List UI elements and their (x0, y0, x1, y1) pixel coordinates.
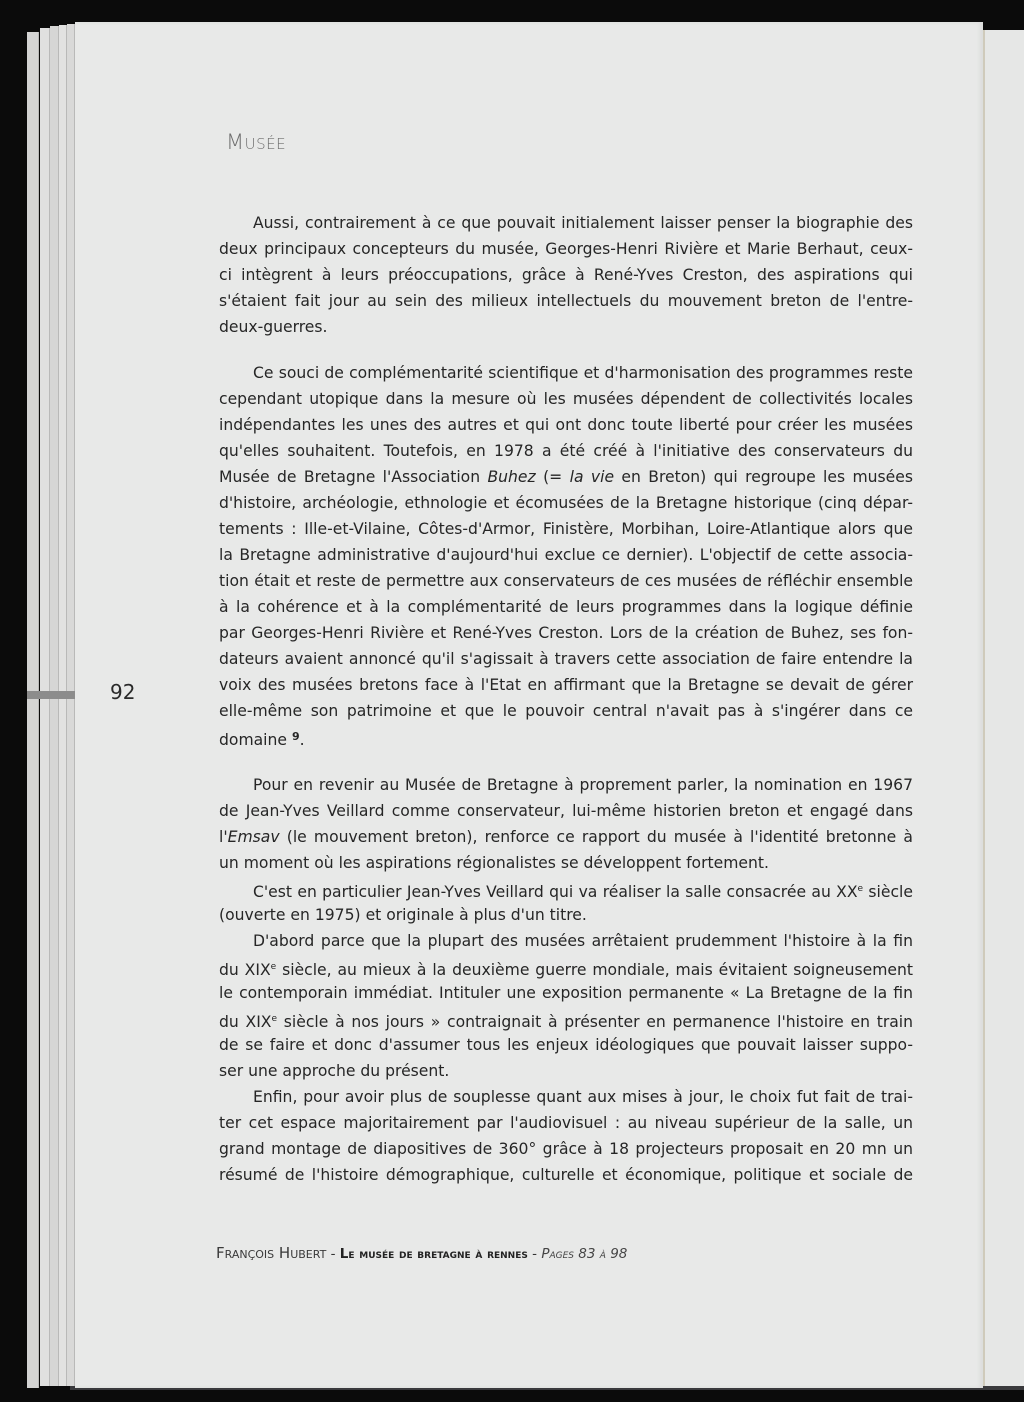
text-line: elle-même son patrimoine et que le pouvo… (219, 698, 913, 724)
text-line: Musée de Bretagne l'Association Buhez (=… (219, 464, 913, 490)
paragraph: Aussi, contrairement à ce que pouvait in… (219, 210, 913, 340)
text-line: du XIXe siècle à nos jours » contraignai… (219, 1006, 913, 1032)
text-line: voix des musées bretons face à l'Etat en… (219, 672, 913, 698)
text-line: tion était et reste de permettre aux con… (219, 568, 913, 594)
text-line: Enfin, pour avoir plus de souplesse quan… (219, 1084, 913, 1110)
paragraph: Pour en revenir au Musée de Bretagne à p… (219, 772, 913, 876)
footnote-reference[interactable]: 9 (292, 730, 300, 743)
text-line: ter cet espace majoritairement par l'aud… (219, 1110, 913, 1136)
text-line: C'est en particulier Jean-Yves Veillard … (219, 876, 913, 902)
text-line: par Georges-Henri Rivière et René-Yves C… (219, 620, 913, 646)
italic-term: Emsav (228, 828, 280, 846)
text-line: Aussi, contrairement à ce que pouvait in… (219, 210, 913, 236)
text-line: du XIXe siècle, au mieux à la deuxième g… (219, 954, 913, 980)
paragraph: Enfin, pour avoir plus de souplesse quan… (219, 1084, 913, 1188)
text-line: ci intègrent à leurs préoccupations, grâ… (219, 262, 913, 288)
text-line: D'abord parce que la plupart des musées … (219, 928, 913, 954)
text-line: l'Emsav (le mouvement breton), renforce … (219, 824, 913, 850)
text-line: Pour en revenir au Musée de Bretagne à p… (219, 772, 913, 798)
text-line: le contemporain immédiat. Intituler une … (219, 980, 913, 1006)
italic-term: Buhez (487, 468, 535, 486)
text-line: à la cohérence et à la complémentarité d… (219, 594, 913, 620)
footer-article-title: Le musée de bretagne à rennes (340, 1246, 528, 1262)
text-line: de se faire et donc d'assumer tous les e… (219, 1032, 913, 1058)
text-line: indépendantes les unes des autres et qui… (219, 412, 913, 438)
text-line: Ce souci de complémentarité scientifique… (219, 360, 913, 386)
text-line: tements : Ille-et-Vilaine, Côtes-d'Armor… (219, 516, 913, 542)
footer-author: François Hubert (216, 1244, 326, 1262)
paragraph: D'abord parce que la plupart des musées … (219, 928, 913, 1084)
text-line: s'étaient fait jour au sein des milieux … (219, 288, 913, 314)
body-text: Aussi, contrairement à ce que pouvait in… (219, 210, 913, 1188)
paragraph: C'est en particulier Jean-Yves Veillard … (219, 876, 913, 928)
text-line: deux-guerres. (219, 314, 913, 340)
text-line: cependant utopique dans la mesure où les… (219, 386, 913, 412)
text-line: (ouverte en 1975) et originale à plus d'… (219, 902, 913, 928)
text-line: d'histoire, archéologie, ethnologie et é… (219, 490, 913, 516)
text-line: qu'elles souhaitent. Toutefois, en 1978 … (219, 438, 913, 464)
scanned-book-spread: 92 Musée Aussi, contrairement à ce que p… (0, 0, 1024, 1402)
text-line: la Bretagne administrative d'aujourd'hui… (219, 542, 913, 568)
text-line: deux principaux concepteurs du musée, Ge… (219, 236, 913, 262)
page-edge (50, 26, 59, 1386)
text-line: ser une approche du présent. (219, 1058, 913, 1084)
facing-page-edge (983, 30, 1024, 1388)
text-line: un moment où les aspirations régionalist… (219, 850, 913, 876)
italic-term: la vie (570, 468, 614, 486)
page-number: 92 (110, 680, 135, 704)
page-edge (40, 28, 50, 1386)
footer-page-range: Pages 83 à 98 (541, 1246, 627, 1262)
paragraph: Ce souci de complémentarité scientifique… (219, 360, 913, 750)
text-line: domaine 9. (219, 724, 913, 750)
text-line: de Jean-Yves Veillard comme conservateur… (219, 798, 913, 824)
page-edge (67, 24, 75, 1386)
running-head: Musée (226, 130, 286, 154)
page-edge (59, 25, 67, 1386)
text-line: résumé de l'histoire démographique, cult… (219, 1162, 913, 1188)
text-line: grand montage de diapositives de 360° gr… (219, 1136, 913, 1162)
page-footer: François Hubert - Le musée de bretagne à… (216, 1244, 627, 1262)
text-line: dateurs avaient annoncé qu'il s'agissait… (219, 646, 913, 672)
page-edge (27, 32, 39, 1388)
